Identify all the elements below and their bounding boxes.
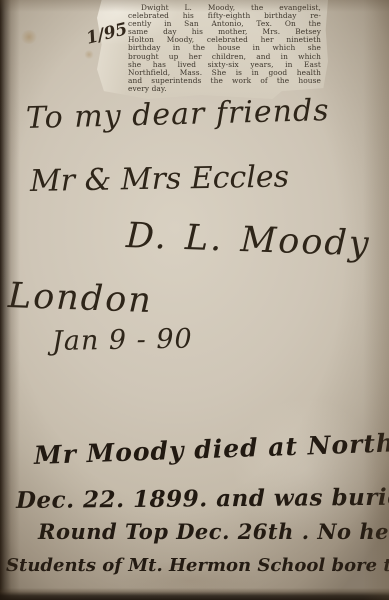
memorial-note-line-1: Mr Moody died at Northfield	[33, 426, 389, 470]
dedication-line-1: To my dear friends	[26, 93, 330, 136]
paper-stain	[20, 30, 38, 44]
memorial-note-line-4: Students of Mt. Hermon School bore the r…	[6, 555, 389, 576]
clipping-line: every day.	[128, 85, 321, 93]
date-line: Jan 9 - 90	[52, 324, 193, 357]
book-page-photo: Dwight L. Moody, the evangelist, celebra…	[0, 0, 389, 600]
memorial-note-line-3: Round Top Dec. 26th . No hearse — the	[38, 519, 389, 544]
moody-signature: D. L. Moody	[125, 216, 371, 265]
clipping-text: Dwight L. Moody, the evangelist, celebra…	[128, 4, 321, 93]
paper-stain	[84, 50, 94, 59]
clipping-left-margin	[97, 0, 126, 99]
memorial-note-line-2: Dec. 22. 1899. and was buried at	[16, 483, 389, 514]
dedication-line-2: Mr & Mrs Eccles	[30, 159, 290, 199]
place-line: London	[7, 276, 153, 321]
newspaper-clipping: Dwight L. Moody, the evangelist, celebra…	[97, 0, 328, 99]
page-bottom-edge	[0, 588, 389, 600]
